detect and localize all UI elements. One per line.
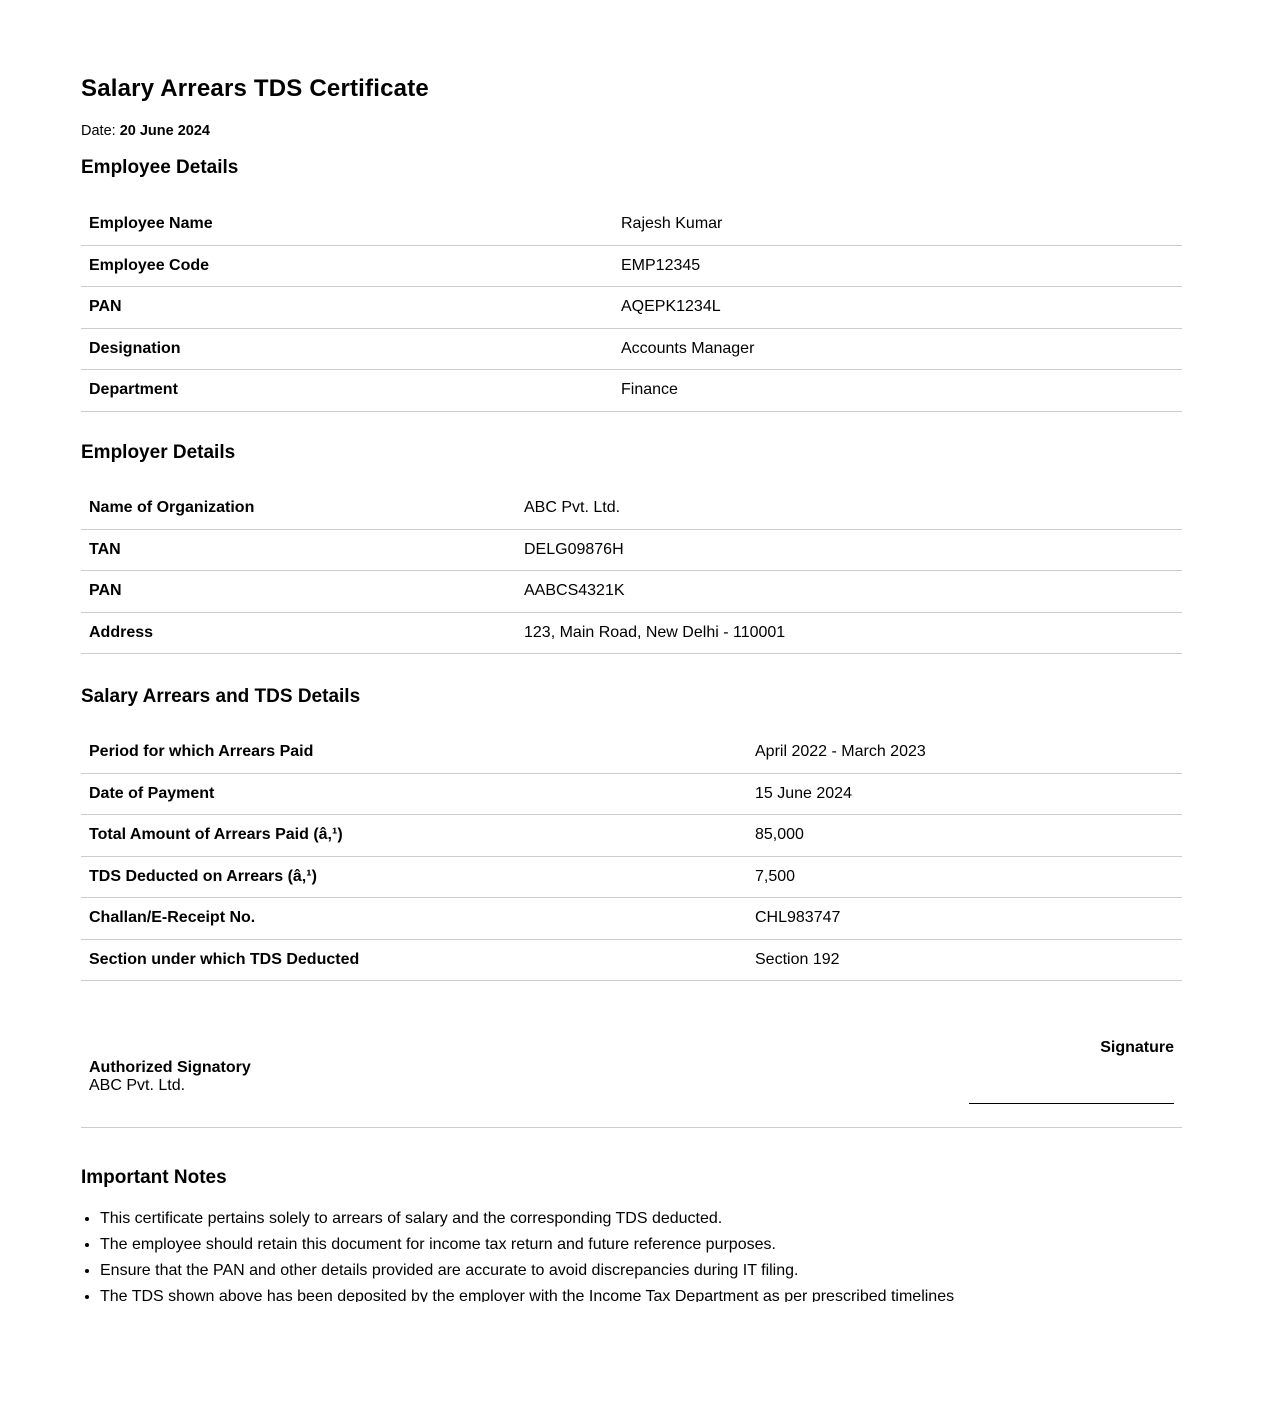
row-label: PAN <box>81 287 613 329</box>
list-item: Ensure that the PAN and other details pr… <box>100 1258 954 1284</box>
row-label: Challan/E-Receipt No. <box>81 898 747 940</box>
row-value: AQEPK1234L <box>613 287 1182 329</box>
table-row: Name of Organization ABC Pvt. Ltd. <box>81 488 1182 529</box>
row-label: Period for which Arrears Paid <box>81 732 747 773</box>
row-value: ABC Pvt. Ltd. <box>516 488 1182 529</box>
row-value: Finance <box>613 370 1182 412</box>
table-row: PAN AABCS4321K <box>81 571 1182 613</box>
row-label: TDS Deducted on Arrears (â‚¹) <box>81 856 747 898</box>
employee-details-table: Employee Name Rajesh Kumar Employee Code… <box>81 204 1182 412</box>
row-value: 7,500 <box>747 856 1182 898</box>
date-value: 20 June 2024 <box>120 123 210 139</box>
row-label: PAN <box>81 571 516 613</box>
employee-details-heading: Employee Details <box>81 157 238 179</box>
signatory-title: Authorized Signatory <box>89 1059 251 1077</box>
row-value: 85,000 <box>747 815 1182 857</box>
table-row: Employee Name Rajesh Kumar <box>81 204 1182 245</box>
list-item: The employee should retain this document… <box>100 1232 954 1258</box>
date-label: Date: <box>81 123 116 139</box>
table-row: Employee Code EMP12345 <box>81 245 1182 287</box>
employer-details-table: Name of Organization ABC Pvt. Ltd. TAN D… <box>81 488 1182 654</box>
table-row: TAN DELG09876H <box>81 529 1182 571</box>
row-label: Department <box>81 370 613 412</box>
row-value: April 2022 - March 2023 <box>747 732 1182 773</box>
table-row: Department Finance <box>81 370 1182 412</box>
signature-area: Signature <box>969 1039 1174 1104</box>
page-title: Salary Arrears TDS Certificate <box>81 75 429 103</box>
row-label: Section under which TDS Deducted <box>81 939 747 981</box>
table-row: Designation Accounts Manager <box>81 328 1182 370</box>
certificate-date: Date: 20 June 2024 <box>81 123 210 139</box>
important-notes-heading: Important Notes <box>81 1167 227 1189</box>
signature-label: Signature <box>969 1039 1174 1057</box>
row-label: Address <box>81 612 516 654</box>
salary-arrears-heading: Salary Arrears and TDS Details <box>81 686 360 708</box>
signature-line <box>969 1103 1174 1104</box>
list-item: This certificate pertains solely to arre… <box>100 1206 954 1232</box>
row-label: Employee Name <box>81 204 613 245</box>
row-value: 15 June 2024 <box>747 773 1182 815</box>
row-value: DELG09876H <box>516 529 1182 571</box>
certificate-page: Salary Arrears TDS Certificate Date: 20 … <box>81 0 1182 1302</box>
table-row: Period for which Arrears Paid April 2022… <box>81 732 1182 773</box>
important-notes-list: This certificate pertains solely to arre… <box>81 1206 954 1302</box>
row-value: 123, Main Road, New Delhi - 110001 <box>516 612 1182 654</box>
row-label: Date of Payment <box>81 773 747 815</box>
row-label: Employee Code <box>81 245 613 287</box>
authorized-signatory: Authorized Signatory ABC Pvt. Ltd. <box>89 1059 251 1095</box>
row-value: CHL983747 <box>747 898 1182 940</box>
row-value: AABCS4321K <box>516 571 1182 613</box>
row-label: Total Amount of Arrears Paid (â‚¹) <box>81 815 747 857</box>
table-row: Address 123, Main Road, New Delhi - 1100… <box>81 612 1182 654</box>
row-label: Name of Organization <box>81 488 516 529</box>
employer-details-heading: Employer Details <box>81 442 235 464</box>
row-label: Designation <box>81 328 613 370</box>
signatory-organization: ABC Pvt. Ltd. <box>89 1077 251 1095</box>
signature-section: Authorized Signatory ABC Pvt. Ltd. Signa… <box>81 1030 1182 1128</box>
row-value: Rajesh Kumar <box>613 204 1182 245</box>
row-value: Section 192 <box>747 939 1182 981</box>
table-row: Section under which TDS Deducted Section… <box>81 939 1182 981</box>
salary-arrears-table: Period for which Arrears Paid April 2022… <box>81 732 1182 981</box>
row-value: EMP12345 <box>613 245 1182 287</box>
table-row: Total Amount of Arrears Paid (â‚¹) 85,00… <box>81 815 1182 857</box>
table-row: PAN AQEPK1234L <box>81 287 1182 329</box>
row-value: Accounts Manager <box>613 328 1182 370</box>
table-row: Challan/E-Receipt No. CHL983747 <box>81 898 1182 940</box>
list-item: The TDS shown above has been deposited b… <box>100 1284 954 1302</box>
table-row: Date of Payment 15 June 2024 <box>81 773 1182 815</box>
table-row: TDS Deducted on Arrears (â‚¹) 7,500 <box>81 856 1182 898</box>
row-label: TAN <box>81 529 516 571</box>
